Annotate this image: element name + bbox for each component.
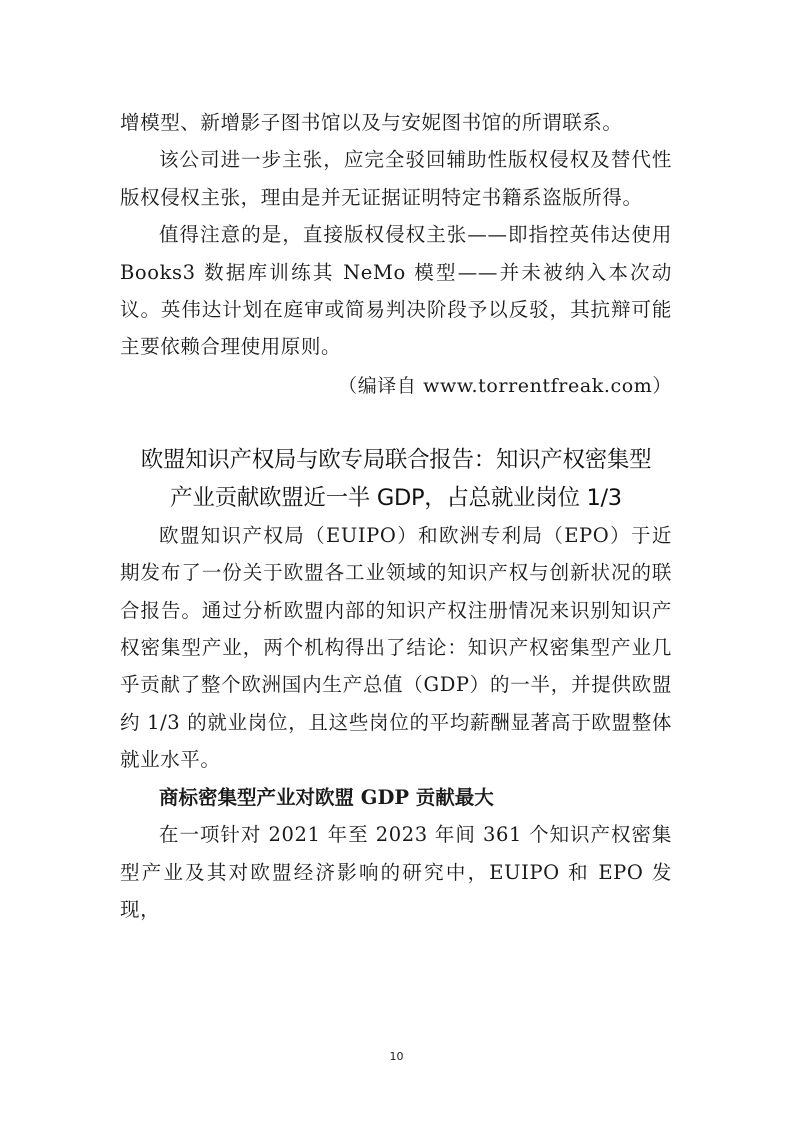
document-page: 增模型、新增影子图书馆以及与安妮图书馆的所谓联系。 该公司进一步主张，应完全驳回… bbox=[120, 104, 672, 928]
paragraph: 该公司进一步主张，应完全驳回辅助性版权侵权及替代性版权侵权主张，理由是并无证据证… bbox=[120, 141, 672, 216]
paragraph: 值得注意的是，直接版权侵权主张——即指控英伟达使用 Books3 数据库训练其 … bbox=[120, 216, 672, 366]
page-number: 10 bbox=[0, 1050, 793, 1063]
article-title-line-2: 产业贡献欧盟近一半 GDP，占总就业岗位 1/3 bbox=[106, 479, 686, 517]
paragraph-continuation: 增模型、新增影子图书馆以及与安妮图书馆的所谓联系。 bbox=[120, 104, 672, 141]
paragraph: 欧盟知识产权局（EUIPO）和欧洲专利局（EPO）于近期发布了一份关于欧盟各工业… bbox=[120, 517, 672, 779]
source-note: （编译自 www.torrentfreak.com） bbox=[120, 368, 672, 405]
paragraph: 在一项针对 2021 年至 2023 年间 361 个知识产权密集型产业及其对欧… bbox=[120, 816, 672, 928]
article-title: 欧盟知识产权局与欧专局联合报告：知识产权密集型 产业贡献欧盟近一半 GDP，占总… bbox=[106, 441, 686, 517]
section-subheading: 商标密集型产业对欧盟 GDP 贡献最大 bbox=[120, 779, 672, 816]
article-title-line-1: 欧盟知识产权局与欧专局联合报告：知识产权密集型 bbox=[106, 441, 686, 479]
